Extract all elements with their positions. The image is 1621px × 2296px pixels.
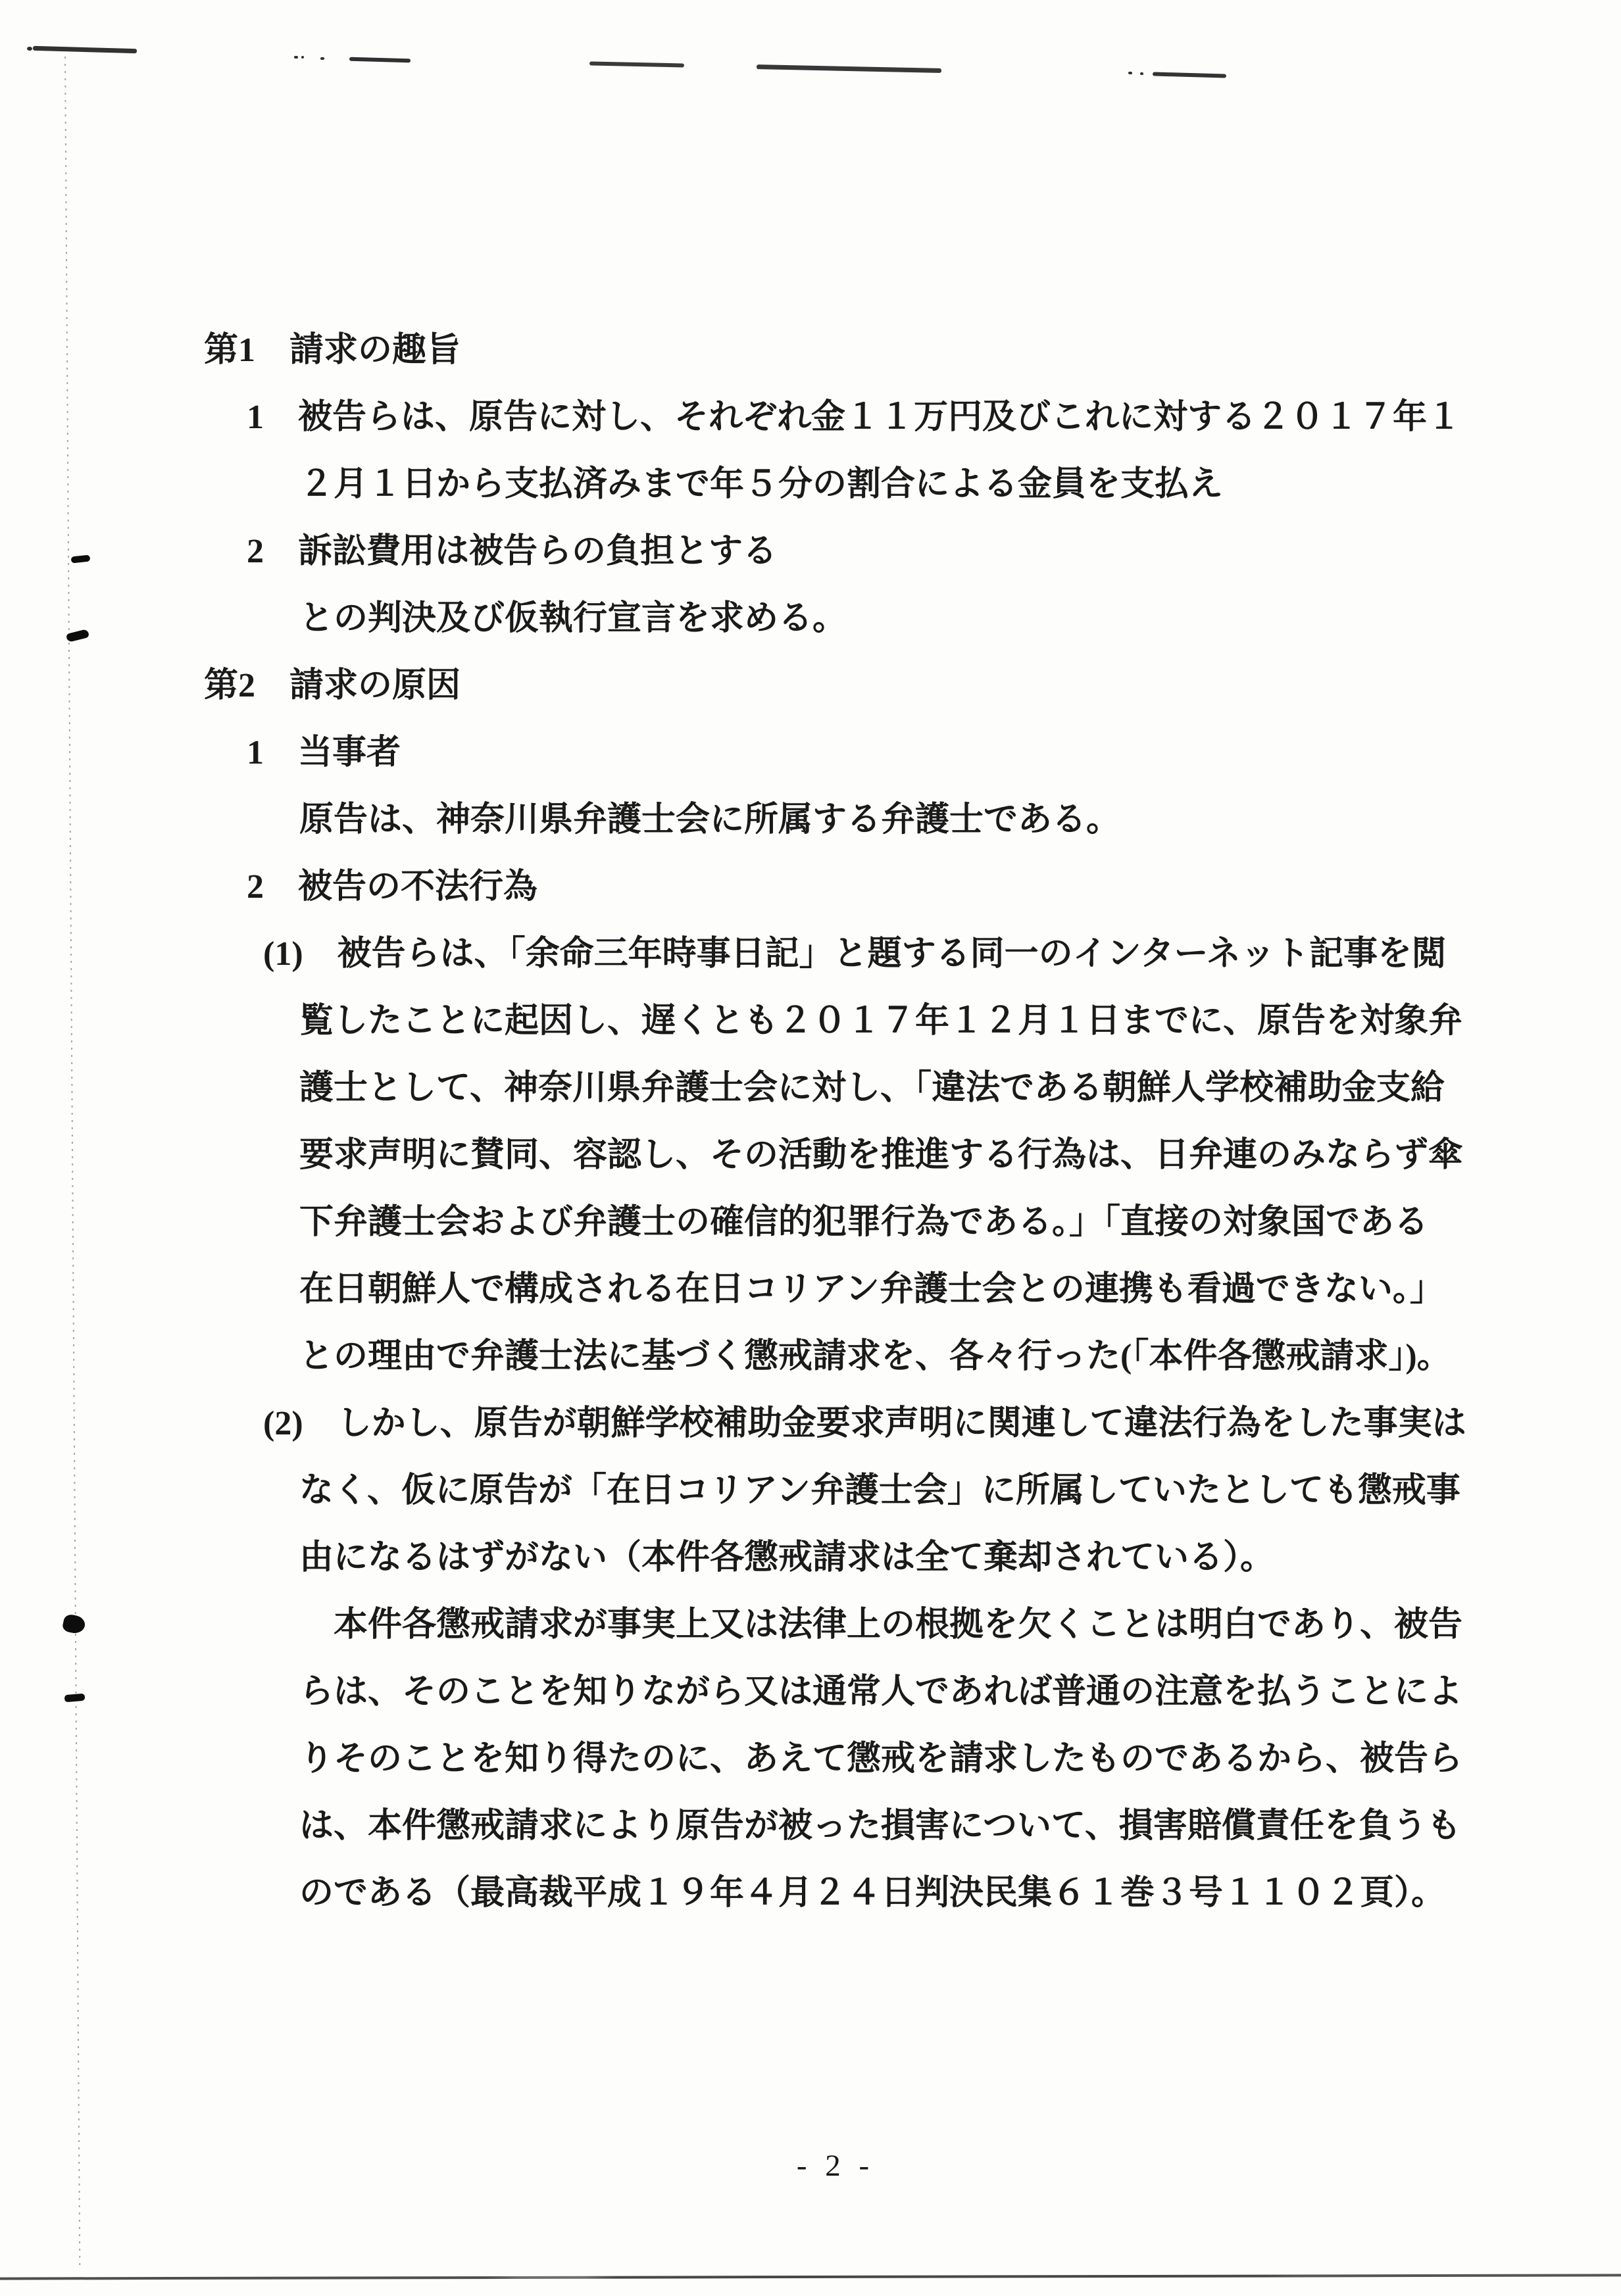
text-line: ２月１日から支払済みまで年５分の割合による金員を支払え — [0, 451, 1621, 518]
text-line: のである（最高裁平成１９年４月２４日判決民集６１巻３号１１０２頁）。 — [0, 1860, 1621, 1927]
scan-streak — [1153, 72, 1226, 78]
text-line: との判決及び仮執行宣言を求める。 — [0, 585, 1621, 652]
page-number: - 2 - — [25, 2148, 1621, 2184]
text-line: 下弁護士会および弁護士の確信的犯罪行為である。」「直接の対象国である — [0, 1189, 1621, 1256]
text-line: は、本件懲戒請求により原告が被った損害について、損害賠償責任を負うも — [0, 1793, 1621, 1860]
scan-streak — [757, 64, 941, 73]
scan-streak — [27, 47, 32, 51]
scan-streak — [349, 57, 411, 63]
text-line: 由になるはずがない（本件各懲戒請求は全て棄却されている）。 — [0, 1525, 1621, 1592]
text-line: らは、そのことを知りながら又は通常人であれば普通の注意を払うことによ — [0, 1659, 1621, 1726]
text-line: 2 被告の不法行為 — [0, 854, 1621, 921]
text-line: 本件各懲戒請求が事実上又は法律上の根拠を欠くことは明白であり、被告 — [0, 1592, 1621, 1659]
scan-edge-line — [0, 2274, 1621, 2280]
scan-streak — [1128, 72, 1132, 74]
text-line: りそのことを知り得たのに、あえて懲戒を請求したものであるから、被告ら — [0, 1726, 1621, 1793]
text-line: (1) 被告らは、「余命三年時事日記」と題する同一のインターネット記事を閲 — [0, 921, 1621, 988]
text-line: (2) しかし、原告が朝鮮学校補助金要求声明に関連して違法行為をした事実は — [0, 1390, 1621, 1457]
scan-streak — [33, 46, 137, 53]
scanned-page: { "page": { "page_number": "- 2 -", "ink… — [0, 0, 1621, 2296]
document-body: 第1 請求の趣旨 1 被告らは、原告に対し、それぞれ金１１万円及びこれに対する２… — [0, 317, 1621, 1927]
heading-sec1: 第1 請求の趣旨 — [0, 317, 1621, 384]
text-line: なく、仮に原告が「在日コリアン弁護士会」に所属していたとしても懲戒事 — [0, 1457, 1621, 1525]
text-line: との理由で弁護士法に基づく懲戒請求を、各々行った(「本件各懲戒請求」)。 — [0, 1323, 1621, 1390]
text-line: 護士として、神奈川県弁護士会に対し、「違法である朝鮮人学校補助金支給 — [0, 1055, 1621, 1122]
scan-streak — [1140, 72, 1143, 75]
scan-streak — [294, 56, 298, 59]
text-line: 原告は、神奈川県弁護士会に所属する弁護士である。 — [0, 787, 1621, 854]
text-line: 1 被告らは、原告に対し、それぞれ金１１万円及びこれに対する２０１７年１ — [0, 384, 1621, 451]
text-line: 1 当事者 — [0, 720, 1621, 787]
heading-sec2: 第2 請求の原因 — [0, 652, 1621, 720]
text-line: 2 訴訟費用は被告らの負担とする — [0, 518, 1621, 585]
scan-streak — [589, 61, 684, 67]
text-line: 要求声明に賛同、容認し、その活動を推進する行為は、日弁連のみならず傘 — [0, 1122, 1621, 1189]
text-line: 覧したことに起因し、遅くとも２０１７年１２月１日までに、原告を対象弁 — [0, 988, 1621, 1055]
text-line: 在日朝鮮人で構成される在日コリアン弁護士会との連携も看過できない。」 — [0, 1256, 1621, 1323]
scan-streak — [301, 56, 304, 59]
scan-streak — [320, 57, 324, 60]
